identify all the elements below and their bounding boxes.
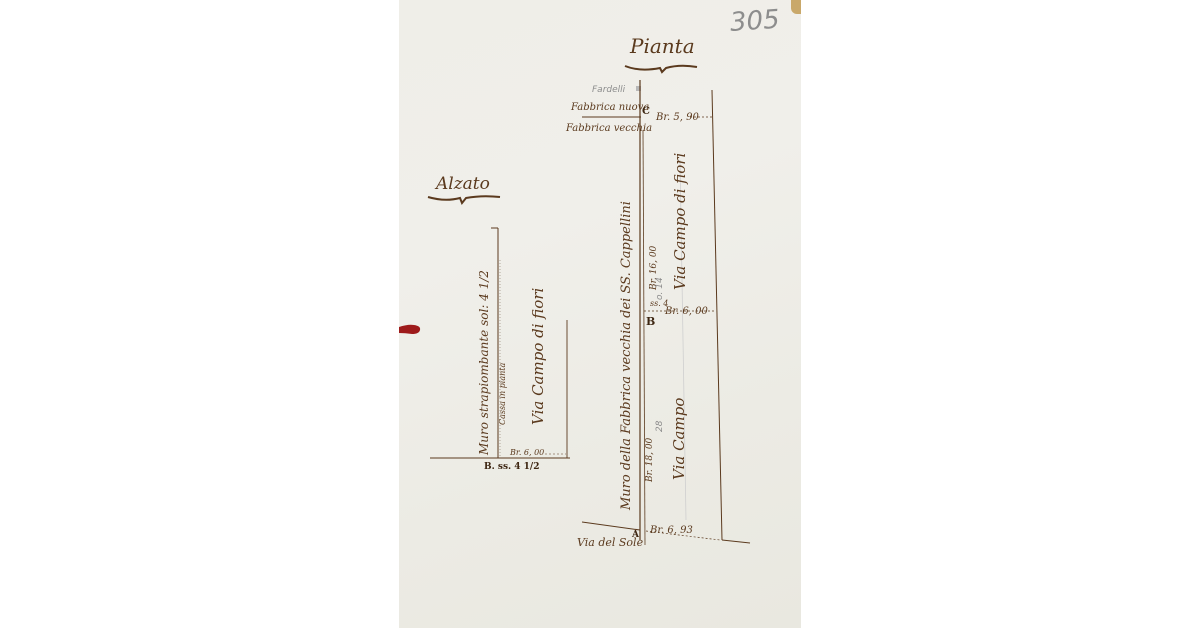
street-lower-label: Via Campo [670, 398, 688, 480]
measure-c: Br. 5, 90 [655, 112, 699, 123]
pencil-upper: o. 14 [655, 277, 665, 300]
alzato-flourish [428, 196, 500, 203]
pencil-lower: 28 [655, 420, 665, 432]
alzato-measure: Br. 6, 00 [509, 448, 544, 457]
street-upper-label: Via Campo di fiori [671, 153, 689, 290]
alzato-sub-label: Cassa in pianta [498, 363, 507, 425]
measure-b: Br. 6, 00 [664, 306, 708, 317]
pianta-flourish [625, 66, 697, 72]
alzato-wall-label: Muro strapiombante sol: 4 1/2 [477, 270, 491, 456]
point-b: B [646, 315, 655, 328]
pianta-title: Pianta [629, 34, 695, 58]
street-end-line [722, 540, 750, 543]
pianta-wall-label: Muro della Fabbrica vecchia dei SS. Capp… [619, 201, 634, 511]
label-fabbrica-nuova: Fabbrica nuova [570, 102, 649, 113]
measure-a: Br. 6, 93 [649, 525, 693, 536]
measure-lower: Br. 18, 00 [645, 437, 655, 483]
alzato-street-label: Via Campo di fiori [529, 288, 547, 425]
street-line-right [712, 90, 722, 540]
label-fardelli: Fardelli [592, 85, 626, 95]
point-c: C [642, 106, 650, 117]
archive-number: 305 [729, 5, 781, 38]
label-fabbrica-vecchia: Fabbrica vecchia [565, 123, 652, 134]
manuscript-drawing: 305 Pianta Fardelli Fabbrica nuova Fabbr… [0, 0, 1200, 628]
street-bottom-label: Via del Sole [577, 536, 644, 549]
wax-seal-fragment [399, 325, 420, 334]
alzato-point-b: B. ss. 4 1/2 [484, 462, 539, 472]
alzato-title: Alzato [434, 174, 490, 194]
via-sole-line [582, 522, 640, 530]
